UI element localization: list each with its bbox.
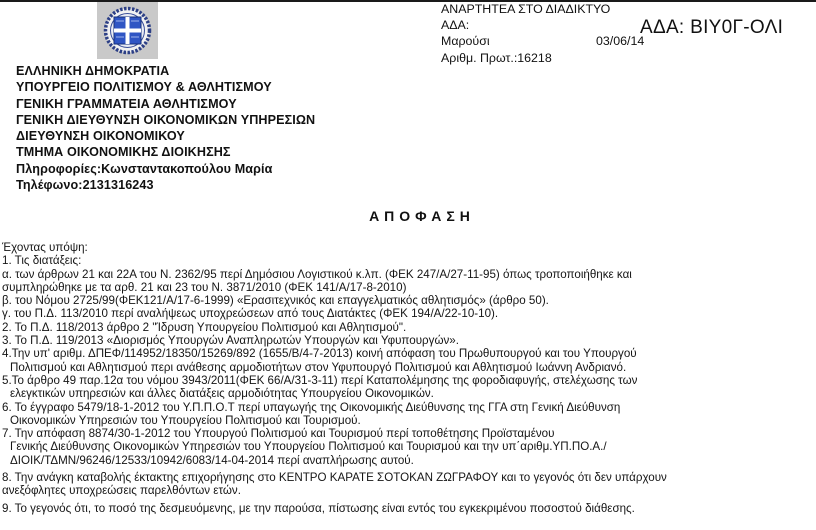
body-line: 8. Την ανάγκη καταβολής έκτακτης επιχορή… xyxy=(2,471,814,484)
greek-state-emblem-icon xyxy=(97,2,158,59)
body-line: 1. Τις διατάξεις: xyxy=(2,254,814,267)
posting-notice: ΑΝΑΡΤΗΤΕΑ ΣΤΟ ΔΙΑΔΙΚΤΥΟ xyxy=(441,1,610,17)
issuer-block: ΕΛΛΗΝΙΚΗ ΔΗΜΟΚΡΑΤΙΑ ΥΠΟΥΡΓΕΙΟ ΠΟΛΙΤΙΣΜΟΥ… xyxy=(16,63,315,193)
body-line: Γενικής Διεύθυνσης Οικονομικών Υπηρεσιών… xyxy=(2,440,814,453)
body-line: 2. Το Π.Δ. 118/2013 άρθρο 2 "Ίδρυση Υπου… xyxy=(2,321,814,334)
body-line: α. των άρθρων 21 και 22Α του Ν. 2362/95 … xyxy=(2,268,814,281)
body-line: 5.Το άρθρο 49 παρ.12α του νόμου 3943/201… xyxy=(2,374,814,387)
document-date: 03/06/14 xyxy=(596,34,644,48)
issuer-line: ΥΠΟΥΡΓΕΙΟ ΠΟΛΙΤΙΣΜΟΥ & ΑΘΛΗΤΙΣΜΟΥ xyxy=(16,79,315,95)
body-line: 3. Το Π.Δ. 119/2013 «Διορισμός Υπουργών … xyxy=(2,334,814,347)
body-line: 6. Το έγγραφο 5479/18-1-2012 του Υ.Π.Π.Ο… xyxy=(2,401,814,414)
issuer-line: ΓΕΝΙΚΗ ΓΡΑΜΜΑΤΕΙΑ ΑΘΛΗΤΙΣΜΟΥ xyxy=(16,96,315,112)
contact-info: Πληροφορίες:Κωνσταντακοπούλου Μαρία xyxy=(16,161,315,177)
ada-label: ΑΔΑ: xyxy=(441,17,610,33)
protocol-number: Αριθμ. Πρωτ.:16218 xyxy=(441,50,610,66)
body-line: 9. Το γεγονός ότι, το ποσό της δεσμευόμε… xyxy=(2,502,814,515)
body-line: ελεγκτικών υπηρεσιών και άλλες διατάξεις… xyxy=(2,387,814,400)
ada-stamp: ΑΔΑ: ΒΙΥ0Γ-ΟΛΙ xyxy=(640,17,783,39)
body-line: 7. Την απόφαση 8874/30-1-2012 του Υπουργ… xyxy=(2,427,814,440)
place: Μαρούσι xyxy=(441,33,610,49)
document-reference-block: ΑΝΑΡΤΗΤΕΑ ΣΤΟ ΔΙΑΔΙΚΤΥΟ ΑΔΑ: Μαρούσι Αρι… xyxy=(441,1,610,66)
body-line: β. του Νόμου 2725/99(ΦΕΚ121/Α/17-6-1999)… xyxy=(2,294,814,307)
issuer-line: ΤΜΗΜΑ ΟΙΚΟΝΟΜΙΚΗΣ ΔΙΟΙΚΗΣΗΣ xyxy=(16,144,315,160)
body-line: Πολιτισμού και Αθλητισμού περι ανάθεσης … xyxy=(2,361,814,374)
page-title: ΑΠΟΦΑΣΗ xyxy=(0,208,816,224)
body-line: συμπληρώθηκε με τα αρθ. 21 και 23 του Ν.… xyxy=(2,281,814,294)
body-line: ΔΙΟΙΚ/ΤΔΜΝ/96246/12533/10942/6083/14-04-… xyxy=(2,454,814,467)
body-line: Οικονομικών Υπηρεσιών του Υπουργείου Πολ… xyxy=(2,414,814,427)
body-line: γ. του Π.Δ. 113/2010 περί αναλήψεως υποχ… xyxy=(2,307,814,320)
issuer-line: ΔΙΕΥΘΥΝΣΗ ΟΙΚΟΝΟΜΙΚΟΥ xyxy=(16,128,315,144)
contact-phone: Τηλέφωνο:2131316243 xyxy=(16,177,315,193)
body-line: 4.Την υπ' αριθμ. ΔΠΕΦ/114952/18350/15269… xyxy=(2,347,814,360)
body-line: ανεξόφλητες υποχρεώσεις παρελθόντων ετών… xyxy=(2,484,814,497)
issuer-line: ΓΕΝΙΚΗ ΔΙΕΥΘΥΝΣΗ ΟΙΚΟΝΟΜΙΚΩΝ ΥΠΗΡΕΣΙΩΝ xyxy=(16,112,315,128)
issuer-line: ΕΛΛΗΝΙΚΗ ΔΗΜΟΚΡΑΤΙΑ xyxy=(16,63,315,79)
document-body: Έχοντας υπόψη:1. Τις διατάξεις:α. των άρ… xyxy=(2,241,814,515)
body-line: Έχοντας υπόψη: xyxy=(2,241,814,254)
